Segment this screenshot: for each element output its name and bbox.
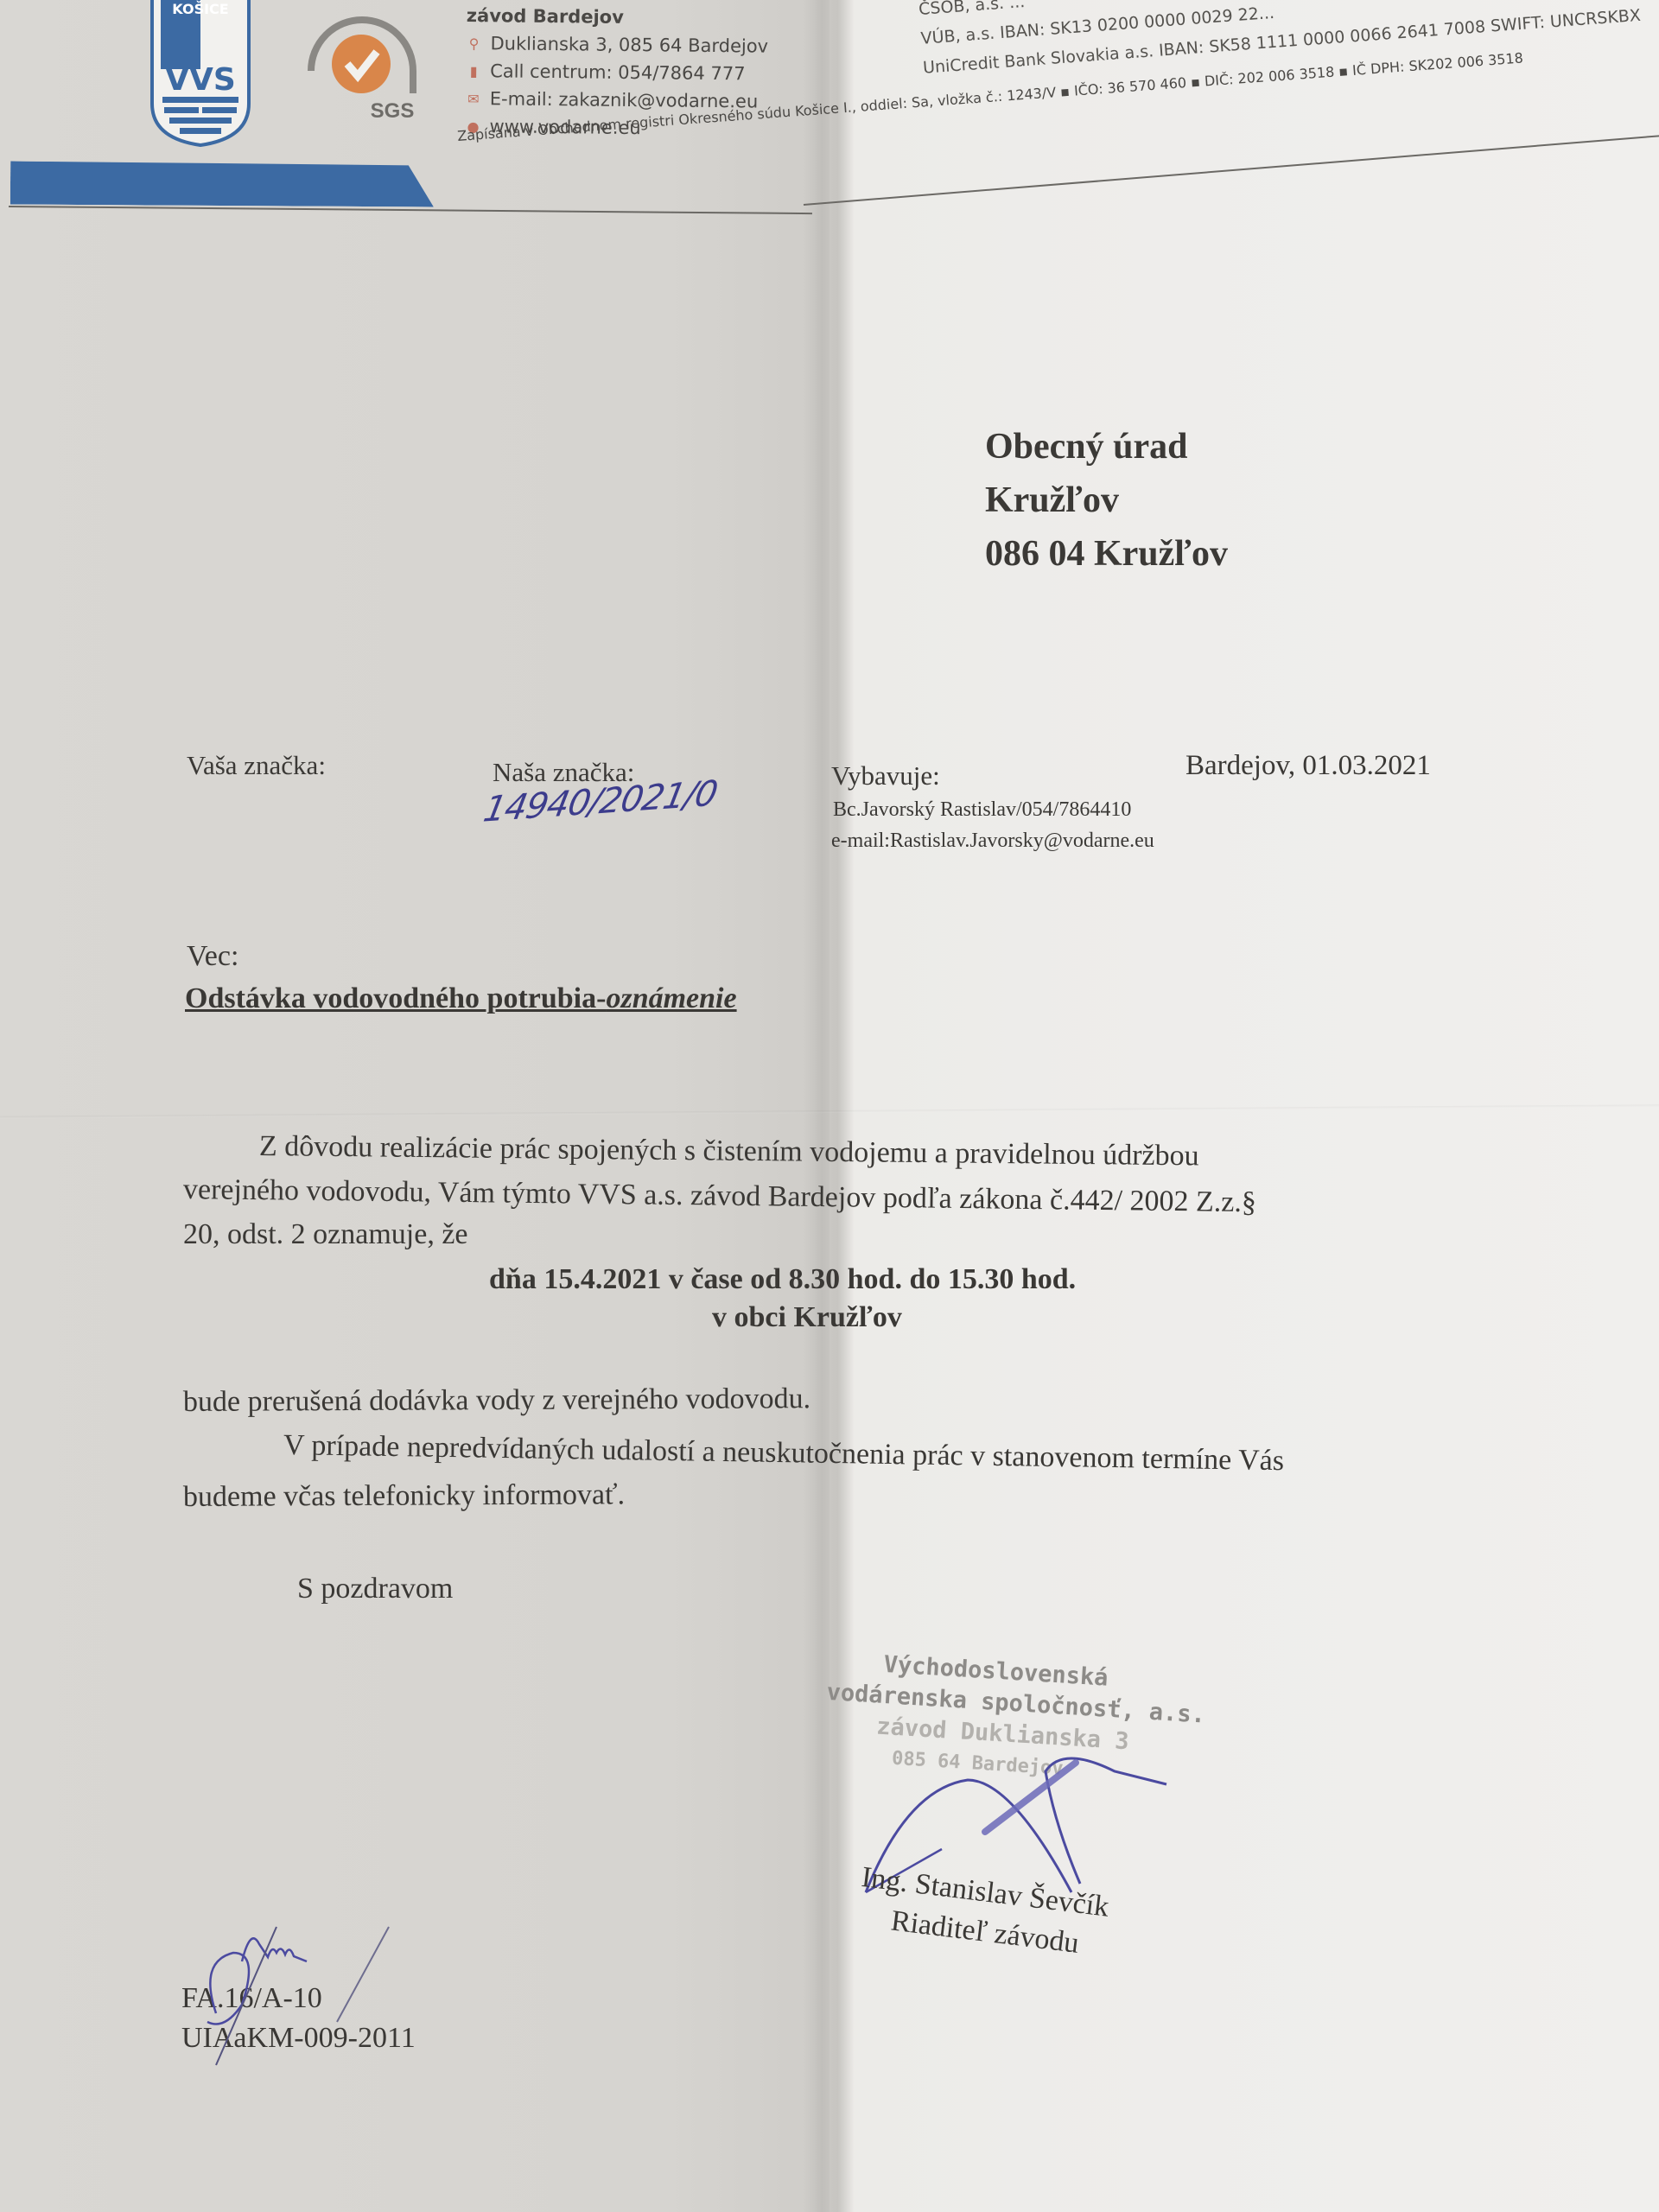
closing-greeting: S pozdravom <box>297 1573 453 1605</box>
envelope-icon: ✉ <box>466 90 481 106</box>
handled-by-name: Bc.Javorský Rastislav/054/7864410 <box>833 798 1131 822</box>
outage-date-time: dňa 15.4.2021 v čase od 8.30 hod. do 15.… <box>489 1263 1076 1296</box>
vvs-logo-icon: KOŠICE VVS <box>145 0 256 147</box>
plant-name: závod Bardejov <box>467 5 769 29</box>
phone-icon: ▮ <box>466 62 481 79</box>
place-date: Bardejov, 01.03.2021 <box>1185 750 1431 782</box>
signer-block: Ing. Stanislav Ševčík Riaditeľ závodu <box>855 1858 1111 1967</box>
recipient-line: 086 04 Kružľov <box>985 527 1228 581</box>
your-reference-label: Vaša značka: <box>187 750 326 781</box>
call-center: Call centrum: 054/7864 777 <box>490 60 746 84</box>
address: Duklianska 3, 085 64 Bardejov <box>490 33 768 56</box>
brand-bar <box>10 162 434 207</box>
svg-text:KOŠICE: KOŠICE <box>172 1 228 17</box>
svg-text:VVS: VVS <box>165 62 236 98</box>
recipient-address: Obecný úrad Kružľov 086 04 Kružľov <box>985 420 1228 581</box>
body-paragraph-3: budeme včas telefonicky informovať. <box>183 1478 625 1514</box>
location-pin-icon: ⚲ <box>466 35 481 51</box>
body-paragraph-3: V prípade nepredvídaných udalostí a neus… <box>283 1429 1285 1478</box>
svg-text:SGS: SGS <box>371 99 415 121</box>
body-paragraph-1: 20, odst. 2 oznamuje, že <box>183 1218 468 1251</box>
divider <box>9 206 812 214</box>
subject-title: Odstávka vodovodného potrubia-oznámenie <box>185 982 737 1015</box>
sgs-certification-icon: SGS <box>302 10 423 121</box>
handled-by-email[interactable]: e-mail:Rastislav.Javorsky@vodarne.eu <box>831 829 1154 853</box>
divider <box>804 135 1659 206</box>
body-paragraph-1: verejného vodovodu, Vám týmto VVS a.s. z… <box>183 1173 1256 1219</box>
form-code: FA.16/A-10 <box>181 1979 416 2018</box>
subject-label: Vec: <box>187 940 238 973</box>
recipient-line: Obecný úrad <box>985 420 1228 474</box>
letterhead: KOŠICE VVS SGS závod Bardejov ⚲Dukliansk… <box>0 0 1659 225</box>
body-paragraph-1: Z dôvodu realizácie prác spojených s čis… <box>259 1130 1199 1173</box>
handled-by-label: Vybavuje: <box>831 760 940 791</box>
recipient-line: Kružľov <box>985 474 1228 527</box>
body-paragraph-2: bude prerušená dodávka vody z verejného … <box>183 1382 810 1419</box>
form-code: UIAaKM-009-2011 <box>181 2018 416 2058</box>
horizontal-fold <box>0 1104 1659 1118</box>
form-codes: FA.16/A-10 UIAaKM-009-2011 <box>181 1979 416 2058</box>
vertical-fold <box>804 0 829 2212</box>
outage-location: v obci Kružľov <box>712 1301 902 1334</box>
company-stamp: Východoslovenská vodárenska spoločnosť, … <box>822 1646 1208 1794</box>
